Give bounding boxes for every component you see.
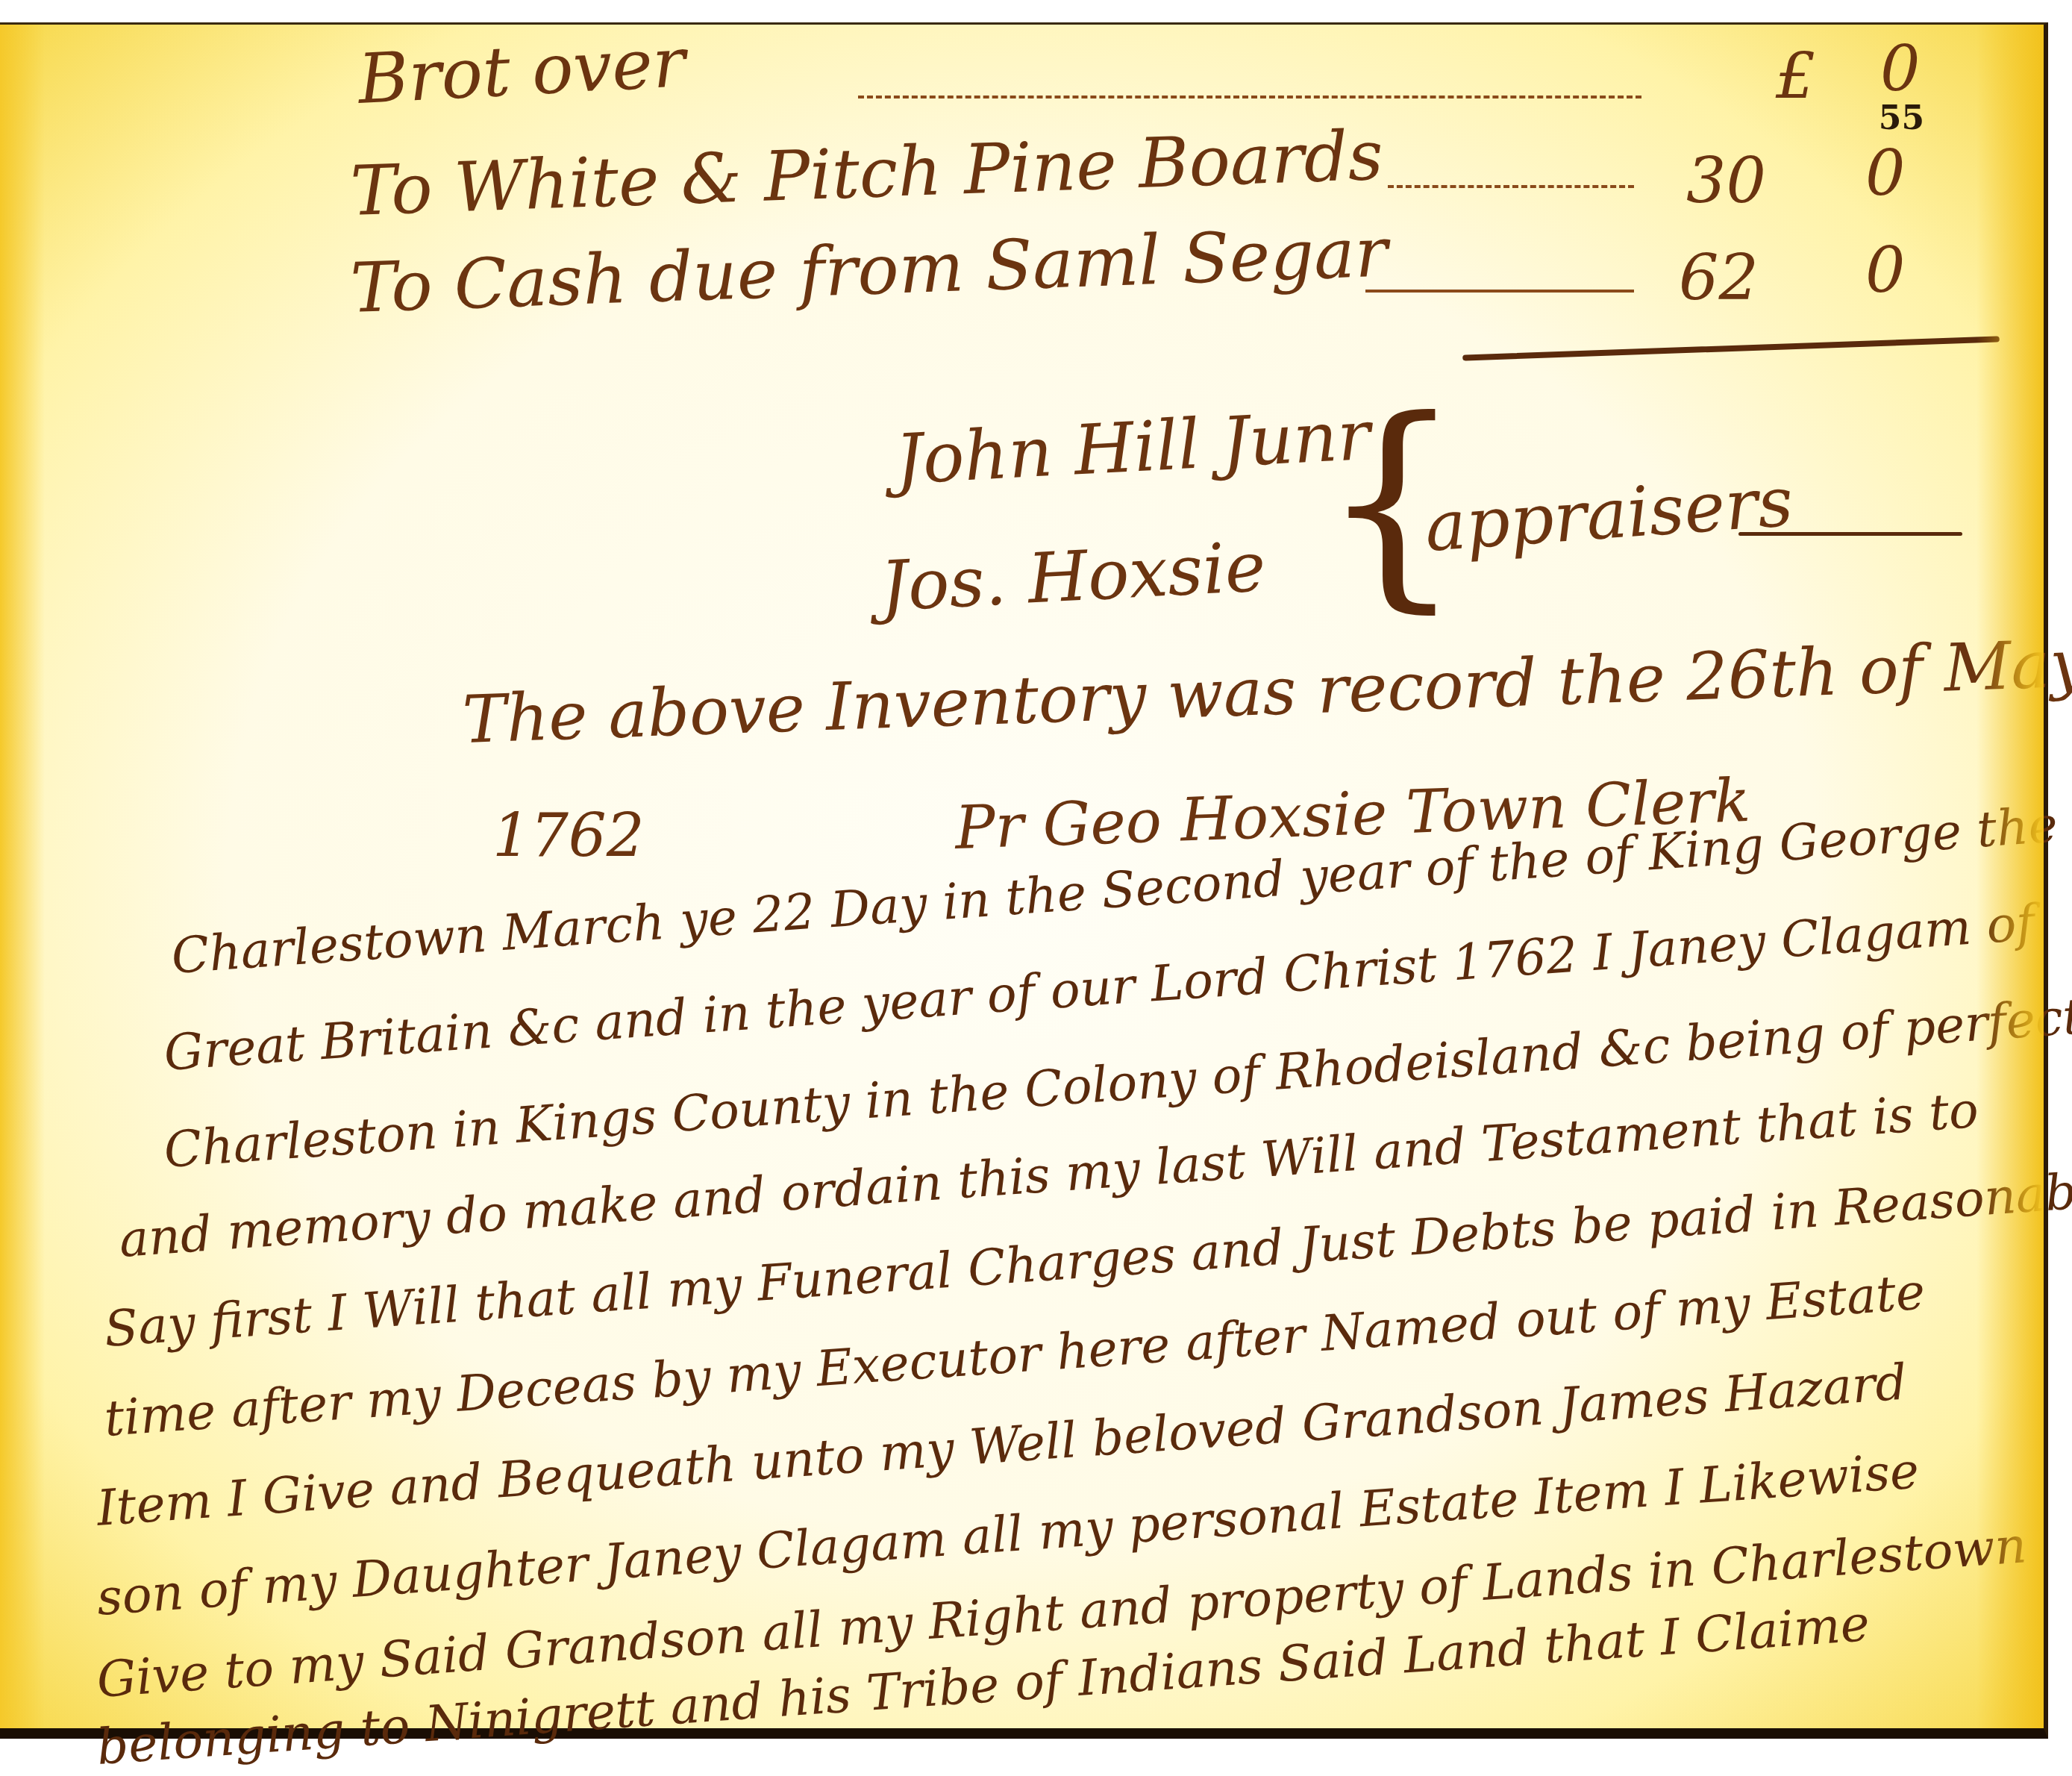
record-note-line1: The above Inventory was record the 26th … — [461, 625, 2072, 758]
flourish-rule — [1738, 532, 1962, 536]
ledger-line-cash-due: To Cash due from Saml Segar — [349, 213, 1389, 328]
ledger-amount-pounds: 62 — [1679, 241, 1759, 314]
ledger-amount-shillings: 0 — [1880, 32, 1920, 105]
ledger-amount-shillings: 0 — [1865, 137, 1905, 210]
leader-dots — [1388, 185, 1634, 188]
record-note-year: 1762 — [492, 801, 645, 870]
appraiser-name-2: Jos. Hoxsie — [878, 527, 1267, 627]
ledger-line-pine-boards: To White & Pitch Pine Boards — [349, 116, 1384, 231]
ledger-line-brought-over: Brot over — [356, 22, 687, 119]
ledger-amount-pounds: £ — [1776, 40, 1815, 113]
manuscript-page: 55 Brot over £ 0 To White & Pitch Pine B… — [0, 22, 2048, 1739]
leader-dots — [858, 96, 1641, 99]
appraiser-name-1: John Hill Junr — [893, 395, 1372, 500]
ledger-amount-pounds: 30 — [1686, 144, 1766, 217]
total-rule — [1462, 336, 2000, 360]
leader-line — [1365, 290, 1634, 293]
appraisers-label: appraisers — [1422, 462, 1795, 567]
ledger-amount-shillings: 0 — [1865, 234, 1905, 307]
